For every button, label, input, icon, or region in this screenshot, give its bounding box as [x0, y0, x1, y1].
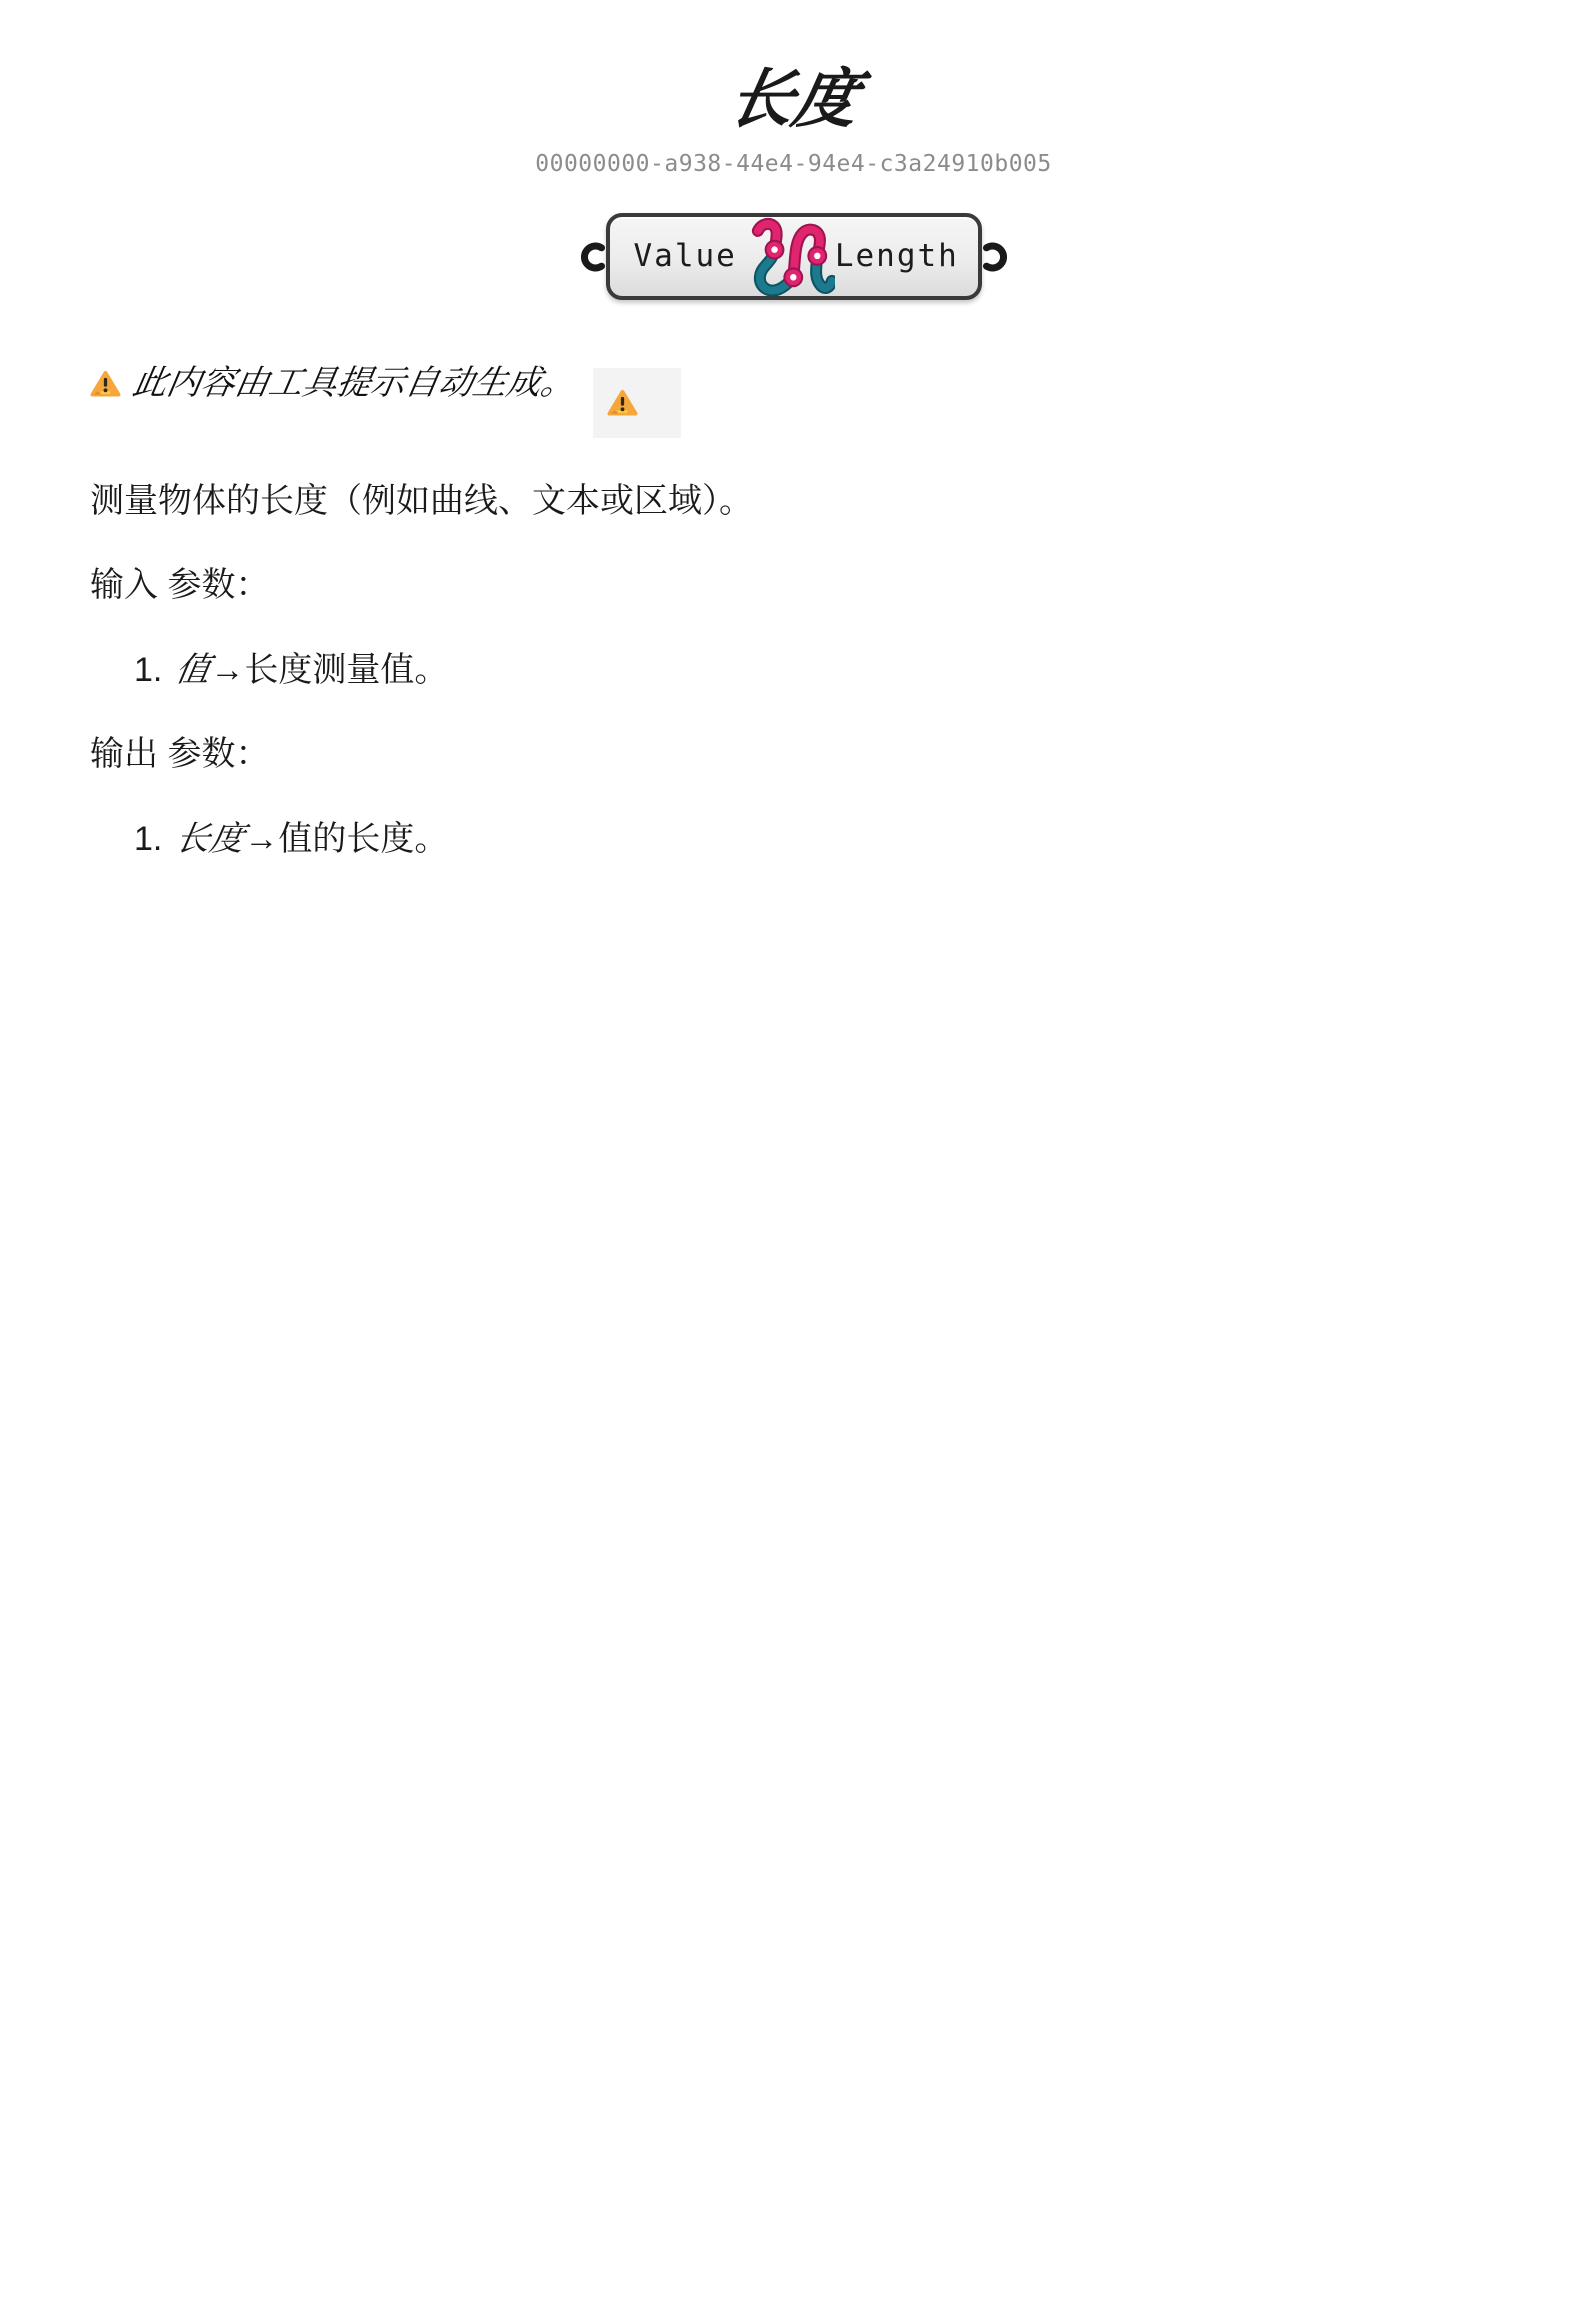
input-port-label: Value — [634, 237, 737, 276]
outputs-list: 1.长度→值的长度。 — [90, 818, 1497, 861]
page-title: 长度 — [90, 64, 1497, 134]
trailing-warning-box — [593, 368, 681, 438]
input-param-item: 1.值→长度测量值。 — [134, 649, 1497, 692]
outputs-heading: 输出 参数： — [90, 733, 1497, 776]
component-guid: 00000000-a938-44e4-94e4-c3a24910b005 — [90, 150, 1497, 179]
arrow-icon: → — [210, 651, 244, 689]
output-param-item: 1.长度→值的长度。 — [134, 818, 1497, 861]
warning-icon — [90, 369, 121, 398]
param-description: 值的长度。 — [278, 820, 448, 858]
item-number: 1. — [134, 818, 162, 861]
component-capsule: Value — [606, 213, 982, 300]
item-number: 1. — [134, 649, 162, 692]
warning-icon — [607, 388, 638, 417]
param-description: 长度测量值。 — [244, 651, 448, 689]
length-curve-icon — [737, 217, 835, 299]
component-description: 测量物体的长度（例如曲线、文本或区域）。 — [90, 480, 1497, 523]
auto-generated-notice: 此内容由工具提示自动生成。 — [90, 362, 1497, 438]
component-diagram: Value — [90, 213, 1497, 300]
param-name: 长度 — [173, 818, 248, 861]
arrow-icon: → — [244, 820, 278, 858]
output-port-label: Length — [835, 237, 959, 276]
doc-page: 长度 00000000-a938-44e4-94e4-c3a24910b005 … — [0, 64, 1587, 860]
inputs-list: 1.值→长度测量值。 — [90, 649, 1497, 692]
notice-text: 此内容由工具提示自动生成。 — [129, 362, 578, 405]
inputs-heading: 输入 参数： — [90, 564, 1497, 607]
param-name: 值 — [173, 649, 214, 692]
